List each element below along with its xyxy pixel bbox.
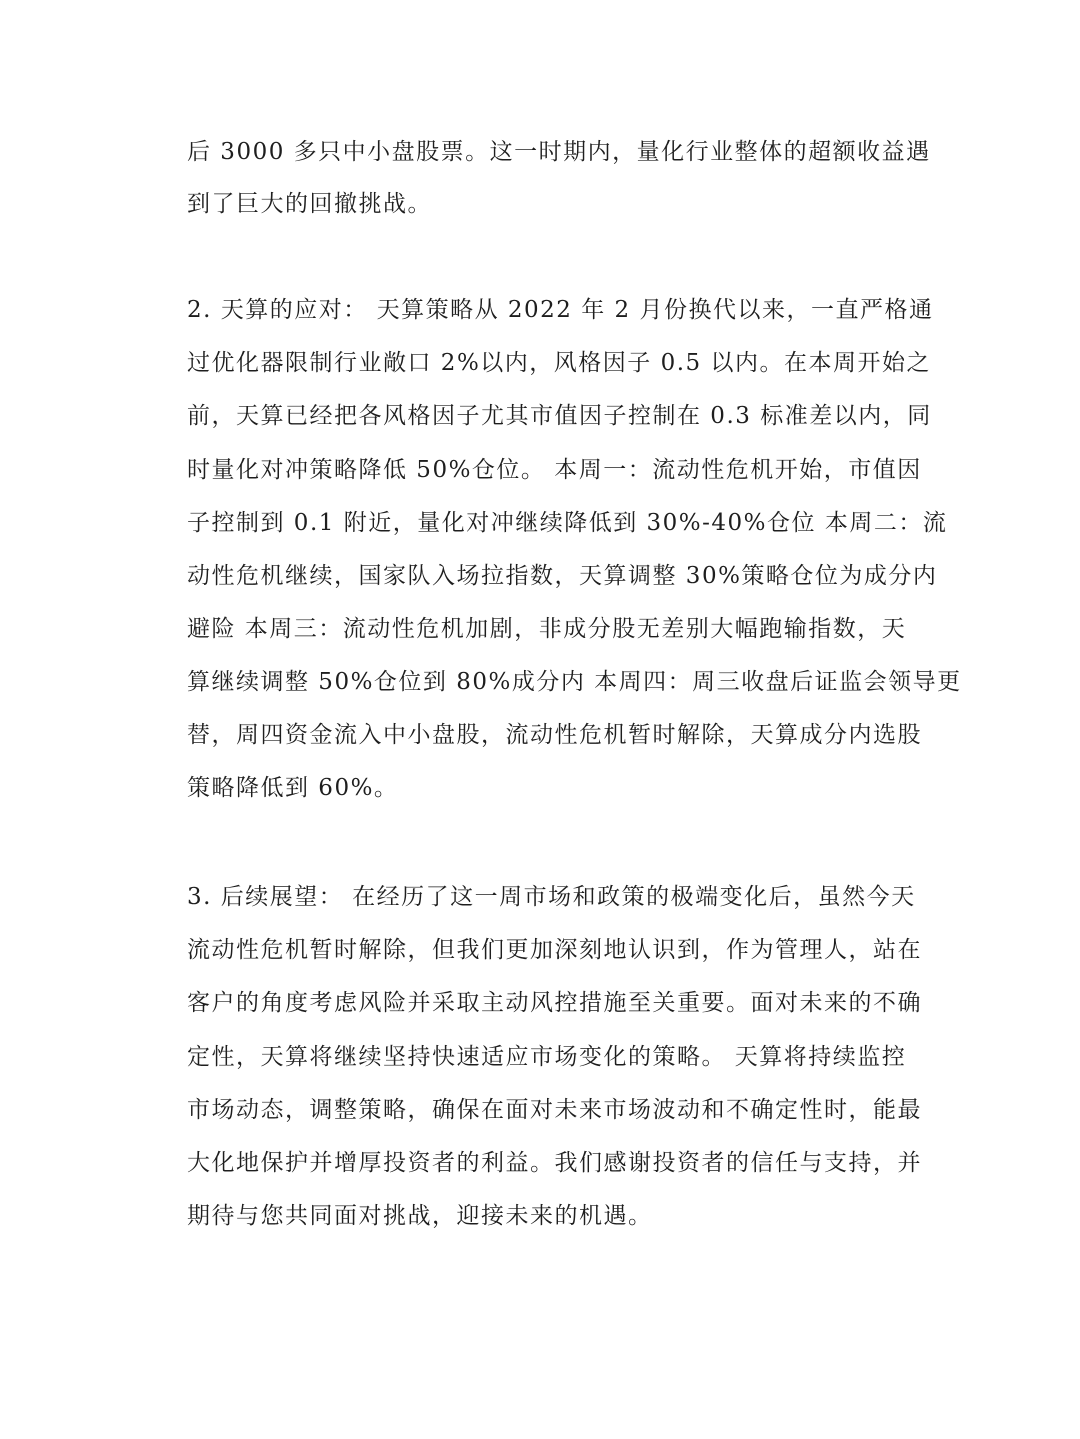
section-2-line-2: 过优化器限制行业敞口 2%以内，风格因子 0.5 以内。在本周开始之: [187, 348, 931, 378]
section-2-line-4: 时量化对冲策略降低 50%仓位。 本周一：流动性危机开始，市值因: [187, 455, 922, 485]
section-3-line-2: 流动性危机暂时解除，但我们更加深刻地认识到，作为管理人，站在: [187, 935, 922, 965]
section-2-line-10: 策略降低到 60%。: [187, 773, 398, 803]
section-2-line-9: 替，周四资金流入中小盘股，流动性危机暂时解除，天算成分内选股: [187, 720, 922, 750]
section-2-line-1: 2. 天算的应对： 天算策略从 2022 年 2 月份换代以来，一直严格通: [187, 295, 933, 325]
section-2-line-5: 子控制到 0.1 附近，量化对冲继续降低到 30%-40%仓位 本周二：流: [187, 508, 947, 538]
section-2-line-6: 动性危机继续，国家队入场拉指数，天算调整 30%策略仓位为成分内: [187, 561, 937, 591]
section-2-line-8: 算继续调整 50%仓位到 80%成分内 本周四：周三收盘后证监会领导更: [187, 667, 962, 697]
section-3-line-3: 客户的角度考虑风险并采取主动风控措施至关重要。面对未来的不确: [187, 988, 922, 1018]
section-2-line-3: 前，天算已经把各风格因子尤其市值因子控制在 0.3 标准差以内，同: [187, 401, 932, 431]
section-3-line-4: 定性，天算将继续坚持快速适应市场变化的策略。 天算将持续监控: [187, 1042, 906, 1072]
section-2-line-7: 避险 本周三：流动性危机加剧，非成分股无差别大幅跑输指数，天: [187, 614, 906, 644]
section-3-line-7: 期待与您共同面对挑战，迎接未来的机遇。: [187, 1201, 653, 1231]
section-3-line-1: 3. 后续展望： 在经历了这一周市场和政策的极端变化后，虽然今天: [187, 882, 916, 912]
section-3-line-6: 大化地保护并增厚投资者的利益。我们感谢投资者的信任与支持，并: [187, 1148, 922, 1178]
paragraph-intro-line-1: 后 3000 多只中小盘股票。这一时期内，量化行业整体的超额收益遇: [187, 137, 931, 167]
section-3-line-5: 市场动态，调整策略，确保在面对未来市场波动和不确定性时，能最: [187, 1095, 922, 1125]
paragraph-intro-line-2: 到了巨大的回撤挑战。: [187, 189, 432, 219]
